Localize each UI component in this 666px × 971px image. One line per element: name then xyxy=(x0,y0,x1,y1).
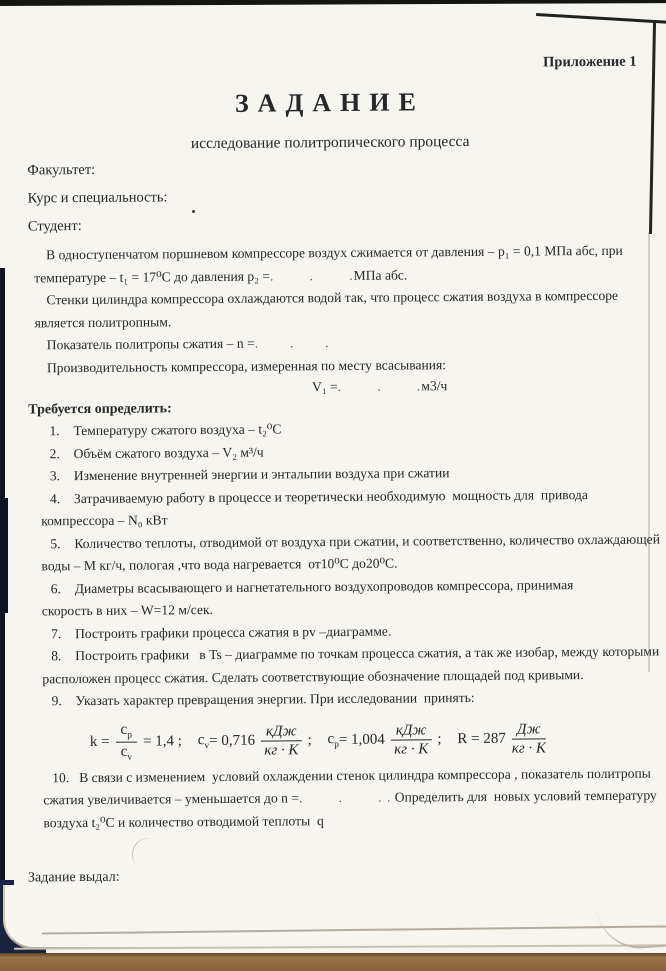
r-unit-fraction: Джкг · К xyxy=(512,721,546,757)
field-faculty: Факультет: xyxy=(27,155,663,181)
separator: ; xyxy=(437,731,441,748)
item-number: 9. xyxy=(51,690,75,713)
item-text: Построить графики процесса сжатия в pv –… xyxy=(75,623,391,640)
item-text: Изменение внутренней энергии и энтальпии… xyxy=(74,465,450,483)
item-text: Диаметры всасывающего и нагнетательного … xyxy=(75,577,574,596)
item-number: 6. xyxy=(51,578,75,601)
cv-unit-num: кДж xyxy=(261,723,302,742)
item-number: 4. xyxy=(50,488,74,511)
cp-unit-fraction: кДжкг · К xyxy=(391,722,432,758)
scanned-assignment-page: { "page": { "appendix": "Приложение 1", … xyxy=(0,0,666,971)
item-number: 1. xyxy=(49,420,73,443)
cp-unit-num: кДж xyxy=(391,722,432,741)
formula-gap xyxy=(444,731,448,748)
k-num-sub: p xyxy=(127,730,132,740)
cp-value: = 1,004 xyxy=(339,732,385,749)
intro-paragraphs: В одноступенчатом поршневом компрессоре … xyxy=(34,239,665,398)
cp-unit-den: кг · К xyxy=(394,740,428,758)
document-content: Приложение 1 ЗАДАНИЕ исследование политр… xyxy=(0,0,666,971)
formula-k: k =cpcv= 1,4 ; xyxy=(90,721,182,764)
cv-unit-den: кг · К xyxy=(264,741,298,759)
intro-line-2-unit: МПа абс. xyxy=(354,267,408,282)
item-text: В связи с изменением условий охлаждении … xyxy=(79,765,651,784)
r-unit-num: Дж xyxy=(512,721,546,740)
formula-cv: cv= 0,716кДжкг · К; xyxy=(198,723,312,760)
page-subtitle: исследование политропического процесса xyxy=(0,129,663,155)
item-text: Определить для новых условий температуру xyxy=(391,788,656,805)
form-fields: Факультет: Курс и специальность: Студент… xyxy=(27,155,664,237)
formula-gap xyxy=(314,732,318,749)
item-text: Объём сжатого воздуха – V₂ м³/ч xyxy=(74,444,264,460)
item-number: 3. xyxy=(50,465,74,488)
v1-symbol: V₁ = xyxy=(312,379,338,394)
cv-value: = 0,716 xyxy=(209,733,255,750)
k-fraction: cpcv xyxy=(115,721,137,763)
appendix-label: Приложение 1 xyxy=(0,53,637,77)
blank-dots-n2: . . . . xyxy=(299,790,391,806)
blank-dots-p2: . . . xyxy=(270,267,354,283)
r-value: R = 287 xyxy=(457,731,506,748)
item-text: сжатия увеличивается – уменьшается до n … xyxy=(43,790,299,807)
v1-unit: м3/ч xyxy=(421,378,447,393)
item-text: Построить графики в Ts – диаграмме по то… xyxy=(75,643,659,663)
issued-by-label: Задание выдал: xyxy=(28,863,666,888)
item-text: Количество теплоты, отводимой от воздуха… xyxy=(74,531,660,551)
task-item-10-cont-2: воздуха t₂⁰С и количество отводимой тепл… xyxy=(38,807,666,834)
item-text: Затрачиваемую работу в процессе и теорет… xyxy=(74,487,588,506)
task-item-9: 9.Указать характер превращения энергии. … xyxy=(37,685,666,712)
item-number: 2. xyxy=(50,443,74,466)
formula-cp: cp= 1,004кДжкг · К; xyxy=(327,722,441,759)
formula-gap xyxy=(184,733,188,750)
cv-symbol: cv xyxy=(198,732,210,751)
constants-formula-row: k =cpcv= 1,4 ; cv= 0,716кДжкг · К; cp= 1… xyxy=(90,714,666,767)
blank-dots-v1: . . . xyxy=(338,378,422,394)
tasks-section: Требуется определить: 1.Температуру сжат… xyxy=(35,395,666,834)
item-number: 8. xyxy=(51,645,75,668)
item-text: Температуру сжатого воздуха – t₂⁰С xyxy=(73,421,281,438)
k-numerator: cp xyxy=(115,721,137,743)
r-unit-den: кг · К xyxy=(512,739,546,757)
item-number: 5. xyxy=(50,533,74,556)
field-student: Студент: xyxy=(28,211,664,237)
item-number: 10. xyxy=(52,767,79,790)
cp-symbol: cp xyxy=(327,731,339,750)
item-number: 7. xyxy=(51,623,75,646)
intro-line-2-text: температуре – t₁ = 17⁰С до давления p₂ = xyxy=(34,268,270,285)
k-denominator: cv xyxy=(121,743,133,764)
blank-dots-n: . . . xyxy=(255,335,330,351)
page-title: ЗАДАНИЕ xyxy=(0,84,663,120)
item-text: Указать характер превращения энергии. Пр… xyxy=(76,690,475,708)
cv-unit-fraction: кДжкг · К xyxy=(261,723,302,759)
k-lhs: k = xyxy=(90,734,110,751)
formula-r: R = 287Джкг · К xyxy=(457,721,552,758)
separator: ; xyxy=(308,732,312,749)
field-course: Курс и специальность: xyxy=(28,183,664,209)
polytropic-index-text: Показатель политропы сжатия – n = xyxy=(47,336,255,353)
k-den-sub: v xyxy=(127,753,132,763)
k-rhs: = 1,4 ; xyxy=(143,733,182,750)
